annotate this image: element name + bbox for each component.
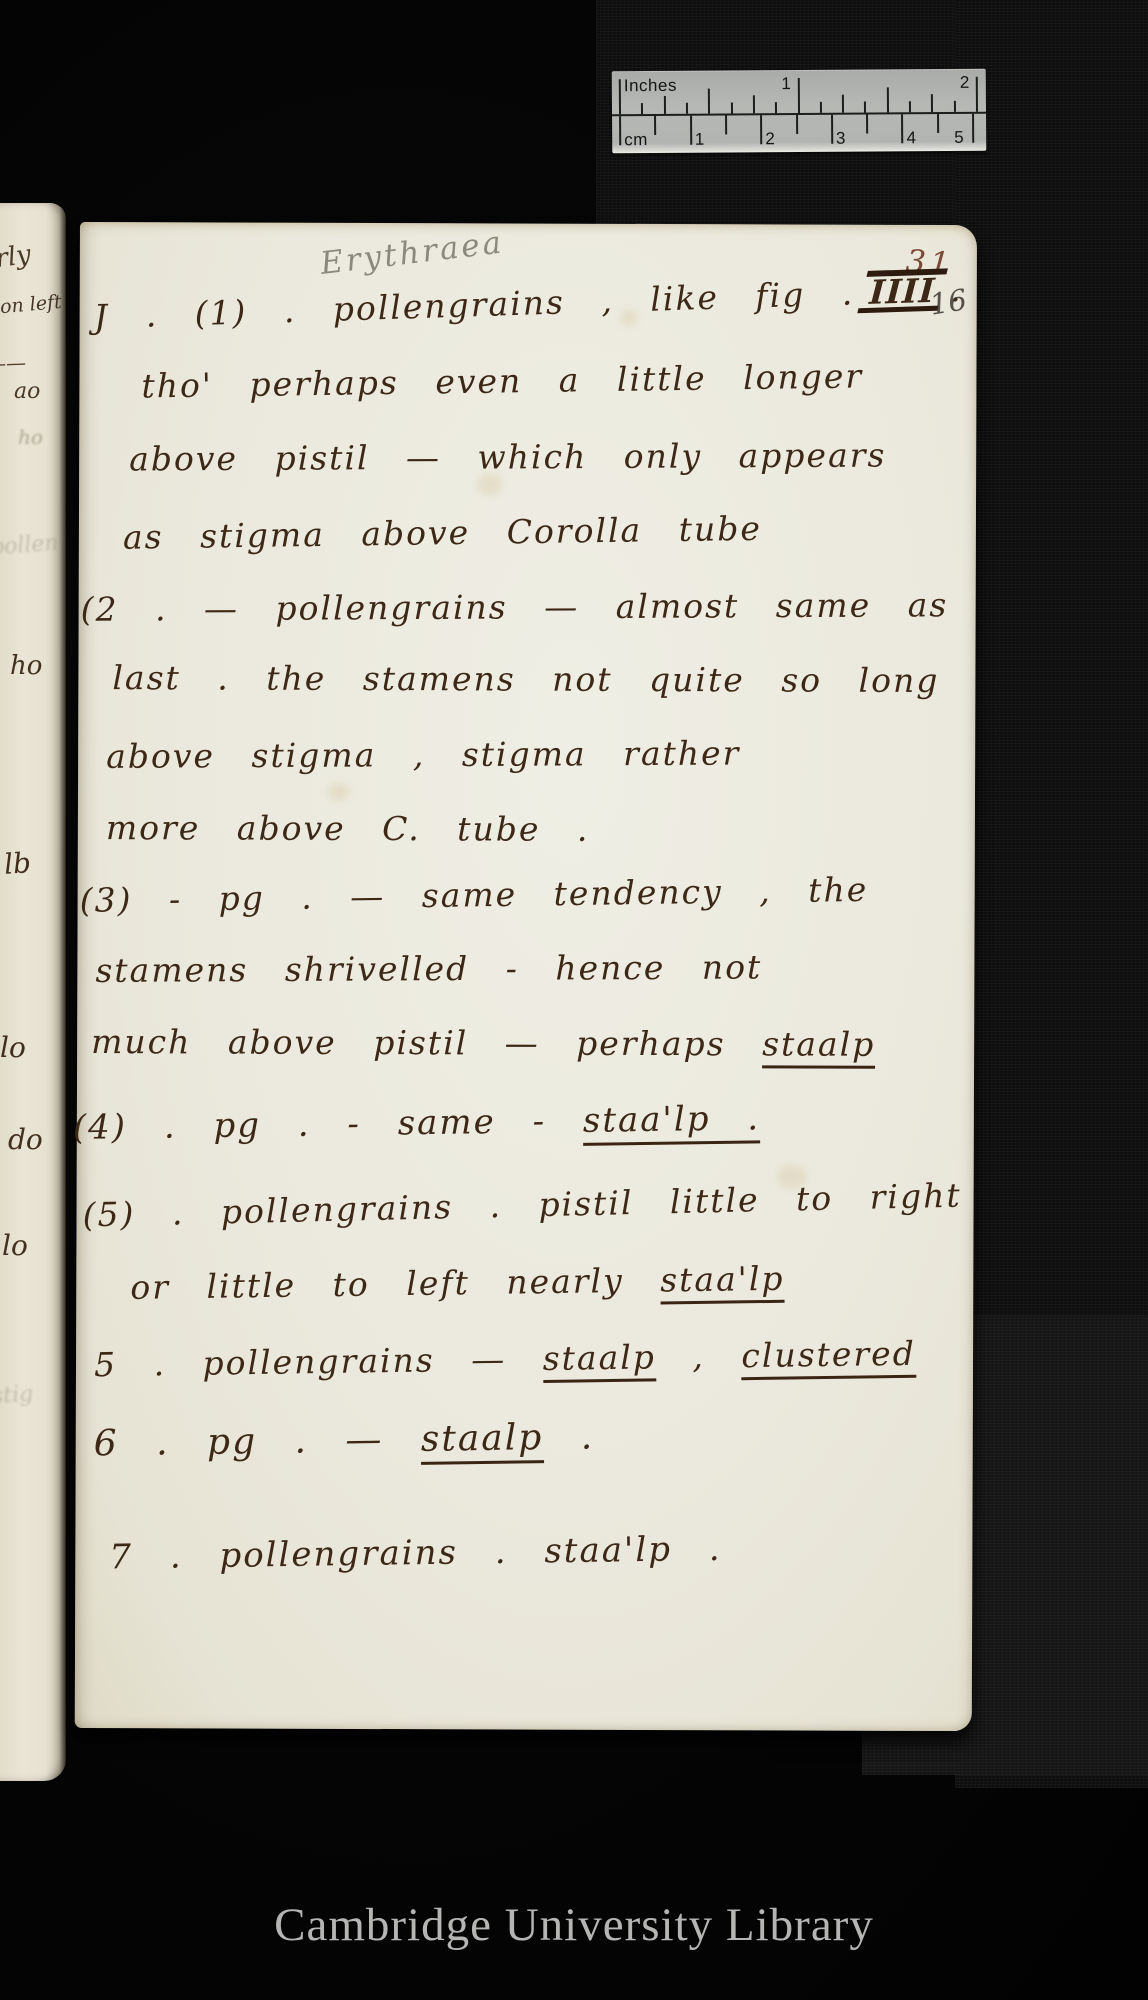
ruler-tick — [954, 101, 956, 112]
library-credit: Cambridge University Library — [0, 1898, 1148, 1952]
handwritten-text: staalp — [421, 1417, 544, 1465]
foxing-stain — [328, 783, 350, 801]
manuscript-line: (2 . — pollengrains — almost same as — [81, 587, 949, 628]
ruler-tick — [901, 114, 903, 143]
ruler-tick — [864, 102, 866, 113]
handwritten-text: above stigma , stigma rather — [106, 734, 740, 776]
margin-text-fragment: arly — [0, 240, 33, 277]
manuscript-line: stamens shrivelled - hence not — [95, 949, 762, 989]
ruler-tick — [686, 103, 688, 114]
margin-text-fragment: ao — [14, 379, 40, 404]
handwritten-text: . — [949, 270, 963, 309]
margin-text-fragment: ho — [18, 425, 43, 449]
manuscript-line: 6 . pg . — staalp . — [93, 1417, 594, 1464]
ruler-inch-number: 2 — [960, 74, 970, 91]
ruler-tick — [820, 102, 822, 113]
ruler-tick — [976, 77, 978, 112]
handwritten-text: stamens shrivelled - hence not — [95, 947, 762, 989]
handwritten-text: (4) . pg . - same - — [73, 1101, 584, 1148]
margin-text-fragment: do — [8, 1123, 43, 1156]
handwritten-text: 6 . pg . — — [93, 1419, 421, 1465]
ruler-tick — [731, 102, 733, 113]
handwritten-text: above pistil — which only appears — [129, 436, 886, 479]
ruler-tick — [796, 115, 798, 134]
ruler-tick — [937, 114, 939, 133]
ruler-inch-number: 1 — [781, 75, 791, 92]
manuscript-line: (3) - pg . — same tendency , the — [79, 872, 868, 919]
manuscript-line: much above pistil — perhaps staalp — [91, 1024, 875, 1063]
ruler-cm-number: 4 — [907, 129, 917, 146]
ruler-cm-number: 1 — [695, 131, 705, 148]
ruler-tick — [775, 102, 777, 113]
handwritten-text: (3) - pg . — same tendency , the — [79, 870, 868, 920]
ruler-tick — [708, 89, 710, 114]
handwritten-text: . — [543, 1416, 594, 1458]
pencil-annotation: Erythraea — [318, 224, 505, 282]
handwritten-text: staalp — [762, 1024, 875, 1068]
ruler-tick — [753, 95, 755, 113]
manuscript-line: (5) . pollengrains . pistil little to ri… — [82, 1178, 962, 1234]
handwritten-text: J . (1) . pollengrains , like fig . — [93, 273, 854, 336]
ruler-tick — [690, 116, 692, 145]
manuscript-line: tho' perhaps even a little longer — [141, 358, 863, 404]
ruler-tick — [760, 115, 762, 144]
ruler-tick — [725, 116, 727, 135]
handwritten-text: 7 . pollengrains . staa'lp . — [109, 1529, 722, 1578]
handwritten-text: more above C. tube . — [106, 808, 590, 849]
ruler-tick — [797, 78, 799, 113]
ruler-tick — [866, 115, 868, 134]
handwritten-text: (5) . pollengrains . pistil little to ri… — [82, 1176, 962, 1235]
foxing-stain — [477, 473, 503, 495]
manuscript-line: as stigma above Corolla tube — [123, 511, 762, 556]
handwritten-text: tho' perhaps even a little longer — [141, 356, 863, 405]
ruler-tick — [931, 94, 933, 112]
handwritten-text: or little to left nearly — [130, 1260, 660, 1306]
ruler-inches-label: Inches — [624, 77, 677, 94]
ruler-tick — [654, 116, 656, 135]
ruler-tick — [887, 87, 889, 112]
ruler-tick — [664, 96, 666, 114]
manuscript-line: 7 . pollengrains . staa'lp . — [109, 1531, 722, 1577]
handwritten-text: last . the stamens not quite so long — [112, 658, 939, 700]
handwritten-text: staa'lp . — [583, 1098, 761, 1145]
ruler-cm-label: cm — [624, 131, 648, 148]
manuscript-line: above pistil — which only appears — [129, 438, 886, 478]
margin-text-fragment: pollen — [0, 531, 59, 561]
handwritten-text: much above pistil — perhaps — [91, 1022, 762, 1063]
handwritten-text: clustered — [741, 1334, 916, 1380]
manuscript-line: last . the stamens not quite so long — [112, 660, 939, 699]
handwritten-text: staa'lp — [660, 1259, 785, 1305]
handwritten-text: staalp — [542, 1337, 656, 1383]
ruler-cm-number: 2 — [765, 130, 775, 147]
measurement-ruler: Inches cm 1212345 — [612, 69, 987, 154]
ruler-tick — [831, 115, 833, 144]
ruler-tick — [909, 101, 911, 112]
manuscript-page: Erythraea 31 16 J . (1) . pollengrains ,… — [75, 222, 977, 1731]
manuscript-line: (4) . pg . - same - staa'lp . — [73, 1100, 761, 1147]
ruler-tick — [842, 95, 844, 113]
margin-text-fragment: —— — [0, 350, 26, 375]
struck-roman-numeral: IIII — [857, 268, 948, 313]
manuscript-line: above stigma , stigma rather — [106, 736, 740, 776]
handwritten-text: (2 . — pollengrains — almost same as — [81, 585, 949, 629]
handwritten-text: as stigma above Corolla tube — [123, 509, 762, 557]
manuscript-photo: arlyon left .——aohopollenholblodolostig … — [0, 0, 1148, 2000]
ruler-cm-number: 3 — [836, 130, 846, 147]
previous-page-edge: arlyon left .——aohopollenholblodolostig — [0, 203, 66, 1781]
manuscript-line: more above C. tube . — [106, 810, 590, 848]
margin-text-fragment: ho — [10, 651, 42, 681]
handwritten-text: 5 . pollengrains — — [94, 1339, 543, 1384]
ruler-tick — [972, 114, 974, 143]
margin-text-fragment: lb — [3, 846, 32, 881]
ruler-tick — [619, 79, 621, 114]
margin-text-fragment: lo — [2, 1229, 28, 1262]
manuscript-line: 5 . pollengrains — staalp , clustered — [94, 1336, 916, 1384]
ruler-tick — [619, 116, 621, 145]
handwritten-text: , — [656, 1336, 742, 1376]
manuscript-line: J . (1) . pollengrains , like fig .IIII. — [93, 268, 963, 338]
ruler-cm-number: 5 — [954, 129, 964, 146]
margin-text-fragment: on left . — [0, 290, 66, 318]
ruler-tick — [641, 103, 643, 114]
margin-text-fragment: stig — [0, 1382, 34, 1410]
margin-text-fragment: lo — [0, 1031, 26, 1064]
manuscript-line: or little to left nearly staa'lp — [130, 1261, 785, 1306]
